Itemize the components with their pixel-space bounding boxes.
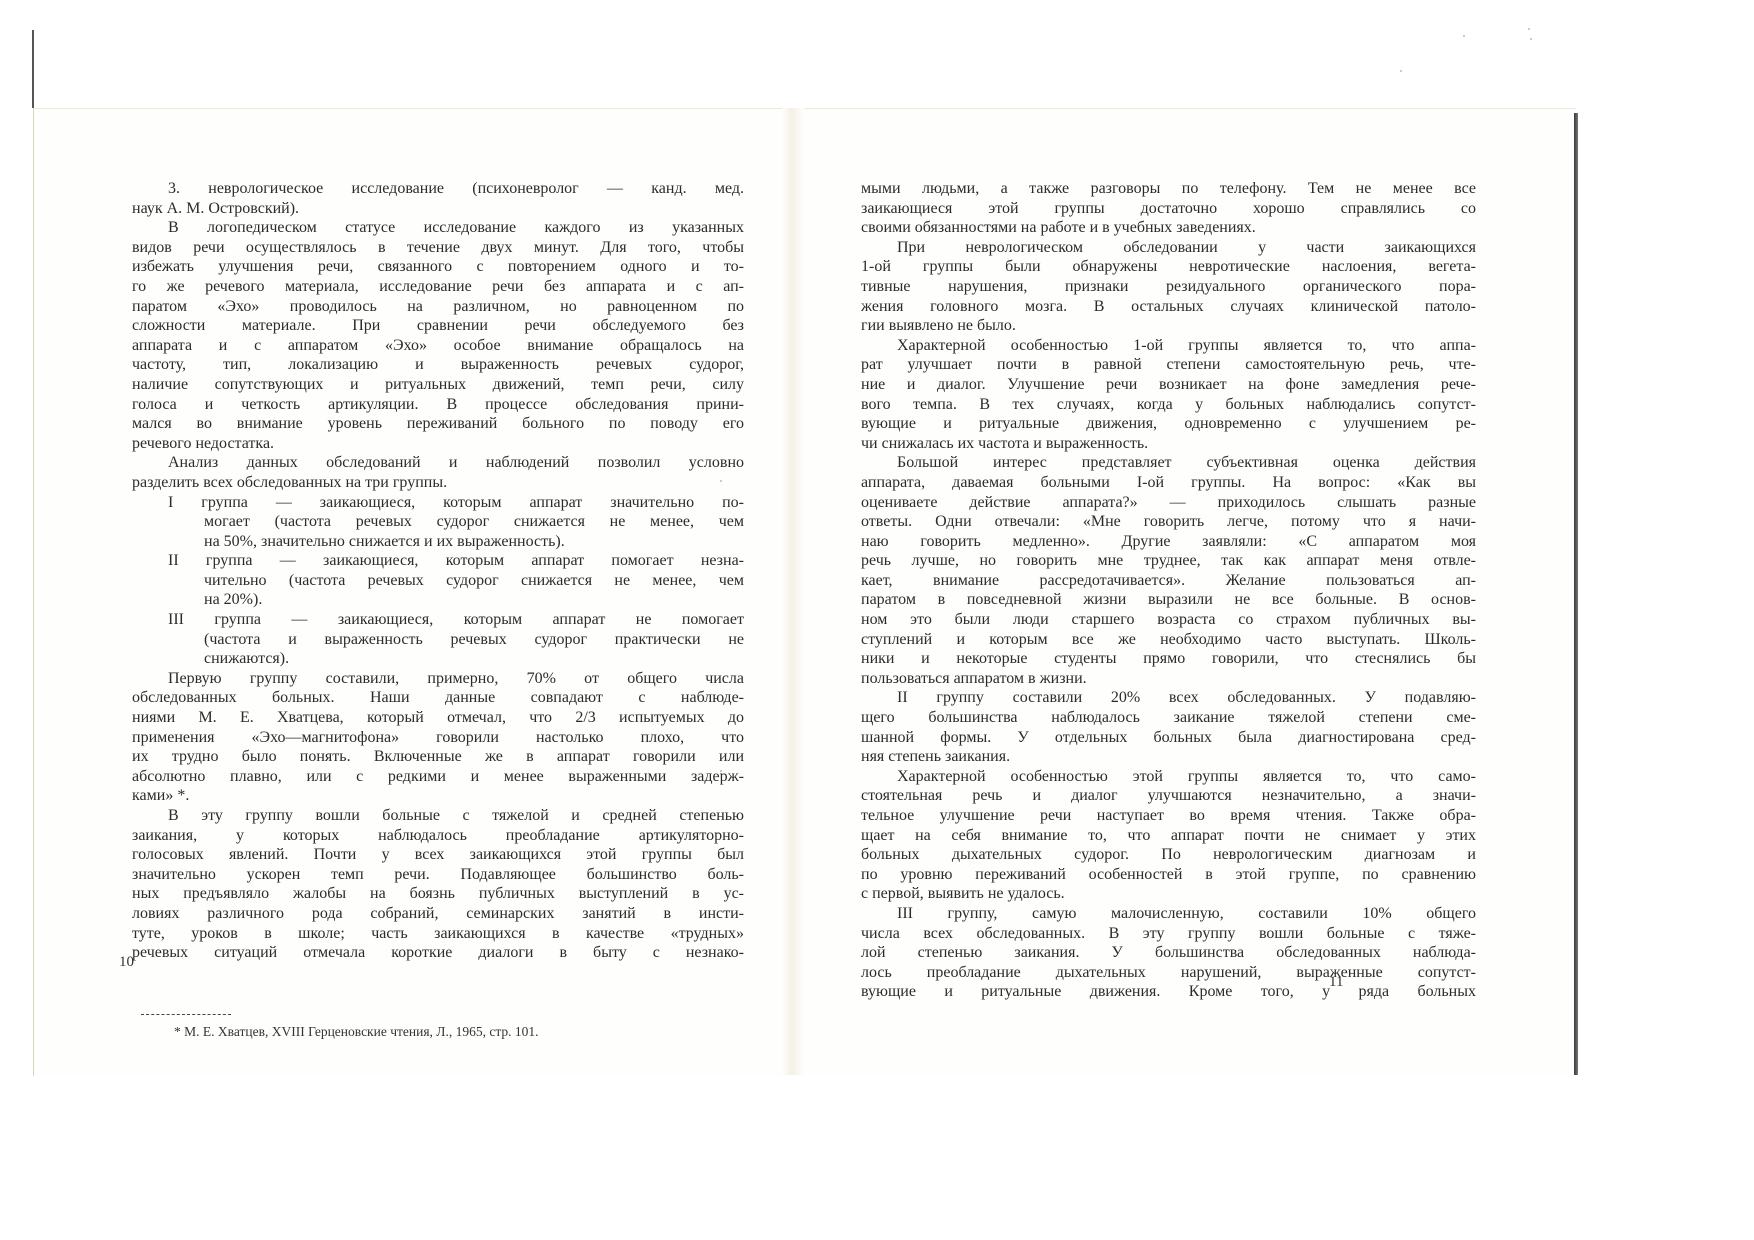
text-line: ние и диалог. Улучшение речи возникает н… <box>861 375 1476 395</box>
text-line: ном это были люди старшего возраста со с… <box>861 610 1476 630</box>
text-line: с первой, выявить не удалось. <box>861 884 1476 904</box>
text-line: наличие сопутствующих и ритуальных движе… <box>132 375 744 395</box>
text-line: их трудно было понять. Включенные же в а… <box>132 747 744 767</box>
text-line: лой степенью заикания. У большинства обс… <box>861 943 1476 963</box>
text-line: ступлений и которым все же необходимо ча… <box>861 630 1476 650</box>
left-page: 3. неврологическое исследование (психоне… <box>34 109 814 1076</box>
text-line: пользоваться аппаратом в жизни. <box>861 669 1476 689</box>
text-line: речь лучше, но говорить мне труднее, так… <box>861 551 1476 571</box>
text-line: речевых ситуаций отмечала короткие диало… <box>132 943 744 963</box>
text-line: жения головного мозга. В остальных случа… <box>861 297 1476 317</box>
right-page-body: мыми людьми, а также разговоры по телефо… <box>861 179 1476 1002</box>
text-line: II группу составили 20% всех обследованн… <box>861 688 1476 708</box>
text-line: (частота и выраженность речевых судорог … <box>132 630 744 650</box>
text-line: 3. неврологическое исследование (психоне… <box>132 179 744 199</box>
text-line: паратом в повседневной жизни выразили не… <box>861 590 1476 610</box>
footnote-rule <box>141 1014 231 1015</box>
text-line: наю говорить медленно». Другие заявляли:… <box>861 532 1476 552</box>
text-line: 1-ой группы были обнаружены невротически… <box>861 257 1476 277</box>
text-line: мыми людьми, а также разговоры по телефо… <box>861 179 1476 199</box>
text-line: I группа — заикающиеся, которым аппарат … <box>132 493 744 513</box>
text-line: шанной формы. У отдельных больных была д… <box>861 728 1476 748</box>
text-line: частоту, тип, локализацию и выраженность… <box>132 355 744 375</box>
text-line: разделить всех обследованных на три груп… <box>132 473 744 493</box>
text-line: Большой интерес представляет субъективна… <box>861 453 1476 473</box>
text-line: В эту группу вошли больные с тяжелой и с… <box>132 806 744 826</box>
scan-edge-line <box>32 30 34 108</box>
text-line: мался во внимание уровень переживаний бо… <box>132 414 744 434</box>
scan-speck <box>1400 70 1402 72</box>
scan-speck <box>1528 28 1530 30</box>
text-line: туте, уроков в школе; часть заикающихся … <box>132 924 744 944</box>
text-line: вого темпа. В тех случаях, когда у больн… <box>861 395 1476 415</box>
text-line: Характерной особенностью этой группы явл… <box>861 767 1476 787</box>
text-line: заикающиеся этой группы достаточно хорош… <box>861 199 1476 219</box>
text-line: по уровню переживаний особенностей в это… <box>861 865 1476 885</box>
text-line: тельное улучшение речи наступает во врем… <box>861 806 1476 826</box>
text-line: аппарата, даваемая больными I-ой группы.… <box>861 473 1476 493</box>
text-line: Характерной особенностью 1-ой группы явл… <box>861 336 1476 356</box>
text-line: чительно (частота речевых судорог снижае… <box>132 571 744 591</box>
text-line: ответы. Одни отвечали: «Мне говорить лег… <box>861 512 1476 532</box>
text-line: щает на себя внимание то, что аппарат по… <box>861 826 1476 846</box>
text-line: оцениваете действие аппарата?» — приходи… <box>861 493 1476 513</box>
text-line: наук А. М. Островский). <box>132 199 744 219</box>
text-line: больных дыхательных судорог. По невролог… <box>861 845 1476 865</box>
text-line: рат улучшает почти в равной степени само… <box>861 355 1476 375</box>
text-line: речевого недостатка. <box>132 434 744 454</box>
text-line: вующие и ритуальные движения. Кроме того… <box>861 982 1476 1002</box>
page-number-right: 11 <box>1329 974 1343 991</box>
text-line: значительно ускорен темп речи. Подавляющ… <box>132 865 744 885</box>
book-spread: 3. неврологическое исследование (психоне… <box>33 108 1576 1076</box>
text-line: II группа — заикающиеся, которым аппарат… <box>132 551 744 571</box>
text-line: няя степень заикания. <box>861 747 1476 767</box>
text-line: Первую группу составили, примерно, 70% о… <box>132 669 744 689</box>
text-line: паратом «Эхо» проводилось на различном, … <box>132 297 744 317</box>
text-line: на 20%). <box>132 590 744 610</box>
text-line: ных предъявляло жалобы на боязнь публичн… <box>132 884 744 904</box>
text-line: ками» *. <box>132 786 744 806</box>
text-line: В логопедическом статусе исследование ка… <box>132 218 744 238</box>
text-line: на 50%, значительно снижается и их выраж… <box>132 532 744 552</box>
text-line: снижаются). <box>132 649 744 669</box>
text-line: применения «Эхо—магнитофона» говорили на… <box>132 728 744 748</box>
text-line: числа всех обследованных. В эту группу в… <box>861 924 1476 944</box>
text-line: своими обязанностями на работе и в учебн… <box>861 218 1476 238</box>
text-line: го же речевого материала, исследование р… <box>132 277 744 297</box>
text-line: обследованных больных. Наши данные совпа… <box>132 688 744 708</box>
text-line: ниями М. Е. Хватцева, который отмечал, ч… <box>132 708 744 728</box>
text-line: лось преобладание дыхательных нарушений,… <box>861 963 1476 983</box>
text-line: видов речи осуществлялось в течение двух… <box>132 238 744 258</box>
text-line: III группа — заикающиеся, которым аппара… <box>132 610 744 630</box>
text-line: вующие и ритуальные движения, одновремен… <box>861 414 1476 434</box>
page-number-left: 10 <box>119 954 134 971</box>
text-line: заикания, у которых наблюдалось преоблад… <box>132 826 744 846</box>
text-line: ловиях различного рода собраний, семинар… <box>132 904 744 924</box>
text-line: аппарата и с аппаратом «Эхо» особое вним… <box>132 336 744 356</box>
text-line: абсолютно плавно, или с редкими и менее … <box>132 767 744 787</box>
text-line: чи снижалась их частота и выраженность. <box>861 434 1476 454</box>
right-page: мыми людьми, а также разговоры по телефо… <box>804 109 1576 1076</box>
text-line: щего большинства наблюдалось заикание тя… <box>861 708 1476 728</box>
text-line: голоса и четкость артикуляции. В процесс… <box>132 395 744 415</box>
footnote: * М. Е. Хватцев, XVIII Герценовские чтен… <box>174 1024 539 1040</box>
page-edge-shadow <box>1574 113 1578 1075</box>
scan-speck <box>720 770 722 772</box>
text-line: стоятельная речь и диалог улучшаются нез… <box>861 786 1476 806</box>
left-page-body: 3. неврологическое исследование (психоне… <box>132 179 744 963</box>
text-line: III группу, самую малочисленную, состави… <box>861 904 1476 924</box>
text-line: тивные нарушения, признаки резидуального… <box>861 277 1476 297</box>
scan-speck <box>720 480 722 482</box>
text-line: могает (частота речевых судорог снижаетс… <box>132 512 744 532</box>
text-line: сложности материале. При сравнении речи … <box>132 316 744 336</box>
scan-speck <box>1530 38 1532 40</box>
book-gutter <box>782 108 804 1075</box>
text-line: кает, внимание рассредотачивается». Жела… <box>861 571 1476 591</box>
text-line: ники и некоторые студенты прямо говорили… <box>861 649 1476 669</box>
text-line: Анализ данных обследований и наблюдений … <box>132 453 744 473</box>
text-line: гии выявлено не было. <box>861 316 1476 336</box>
text-line: При неврологическом обследовании у части… <box>861 238 1476 258</box>
scan-speck <box>1463 35 1465 37</box>
text-line: голосовых явлений. Почти у всех заикающи… <box>132 845 744 865</box>
text-line: избежать улучшения речи, связанного с по… <box>132 257 744 277</box>
